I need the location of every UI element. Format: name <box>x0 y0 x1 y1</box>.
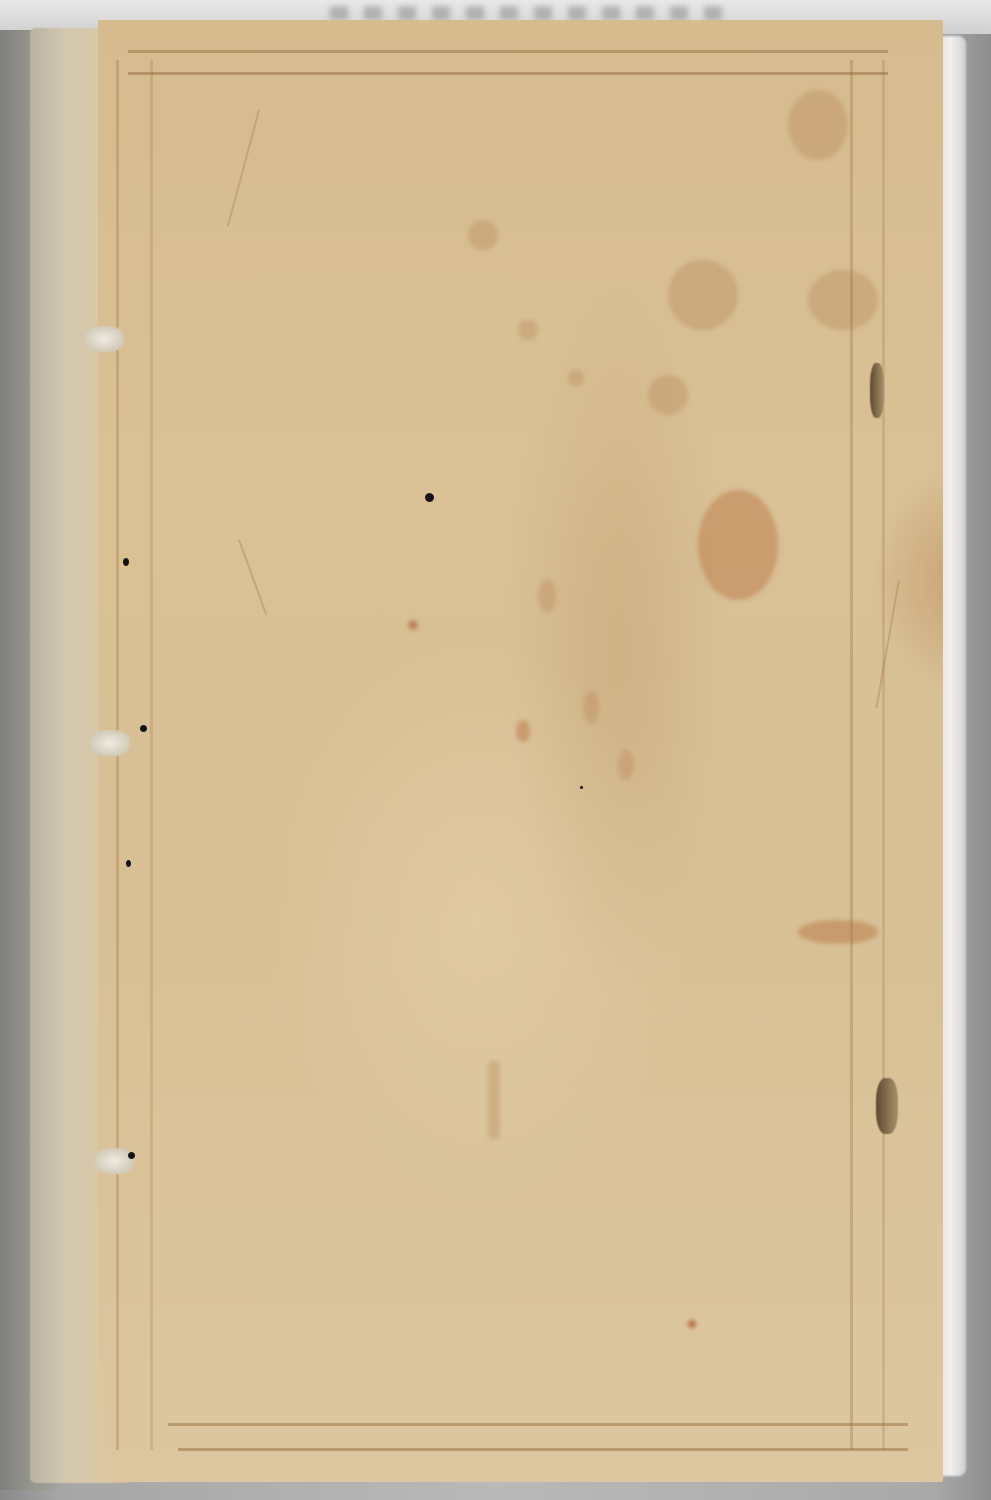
stain <box>516 720 530 742</box>
stain <box>798 920 878 944</box>
stain <box>583 690 599 724</box>
blurred-background-text <box>330 6 730 20</box>
wormhole <box>128 1152 135 1159</box>
right-rule-outer <box>850 60 853 1450</box>
stain <box>518 320 538 340</box>
stain <box>788 90 848 160</box>
stain <box>668 260 738 330</box>
stain <box>688 1320 696 1328</box>
top-rule-outer <box>128 50 888 53</box>
stain <box>648 375 688 415</box>
tie-slot <box>876 1078 898 1134</box>
scratch <box>227 110 260 226</box>
sewing-station <box>84 326 124 352</box>
stain <box>808 270 878 330</box>
stain <box>468 220 498 250</box>
wormhole <box>123 558 129 566</box>
tie-slot <box>870 363 884 418</box>
stain <box>538 580 556 612</box>
wormhole <box>140 725 147 732</box>
scratch <box>875 580 900 708</box>
stain <box>618 750 634 780</box>
sewing-station <box>90 730 130 756</box>
bottom-rule-inner <box>178 1448 908 1451</box>
wormhole <box>425 493 434 502</box>
left-rule-inner <box>150 60 153 1450</box>
wormhole <box>580 786 583 789</box>
right-rule-inner <box>882 60 885 1450</box>
stain <box>698 490 778 600</box>
wormhole <box>126 860 131 867</box>
scratch <box>238 539 267 615</box>
stain <box>408 620 418 630</box>
sewing-station <box>94 1148 134 1174</box>
top-rule-inner <box>128 72 888 75</box>
stain <box>488 1060 500 1140</box>
book-cover <box>98 20 943 1482</box>
bottom-rule-outer <box>168 1423 908 1426</box>
stain <box>568 370 584 386</box>
